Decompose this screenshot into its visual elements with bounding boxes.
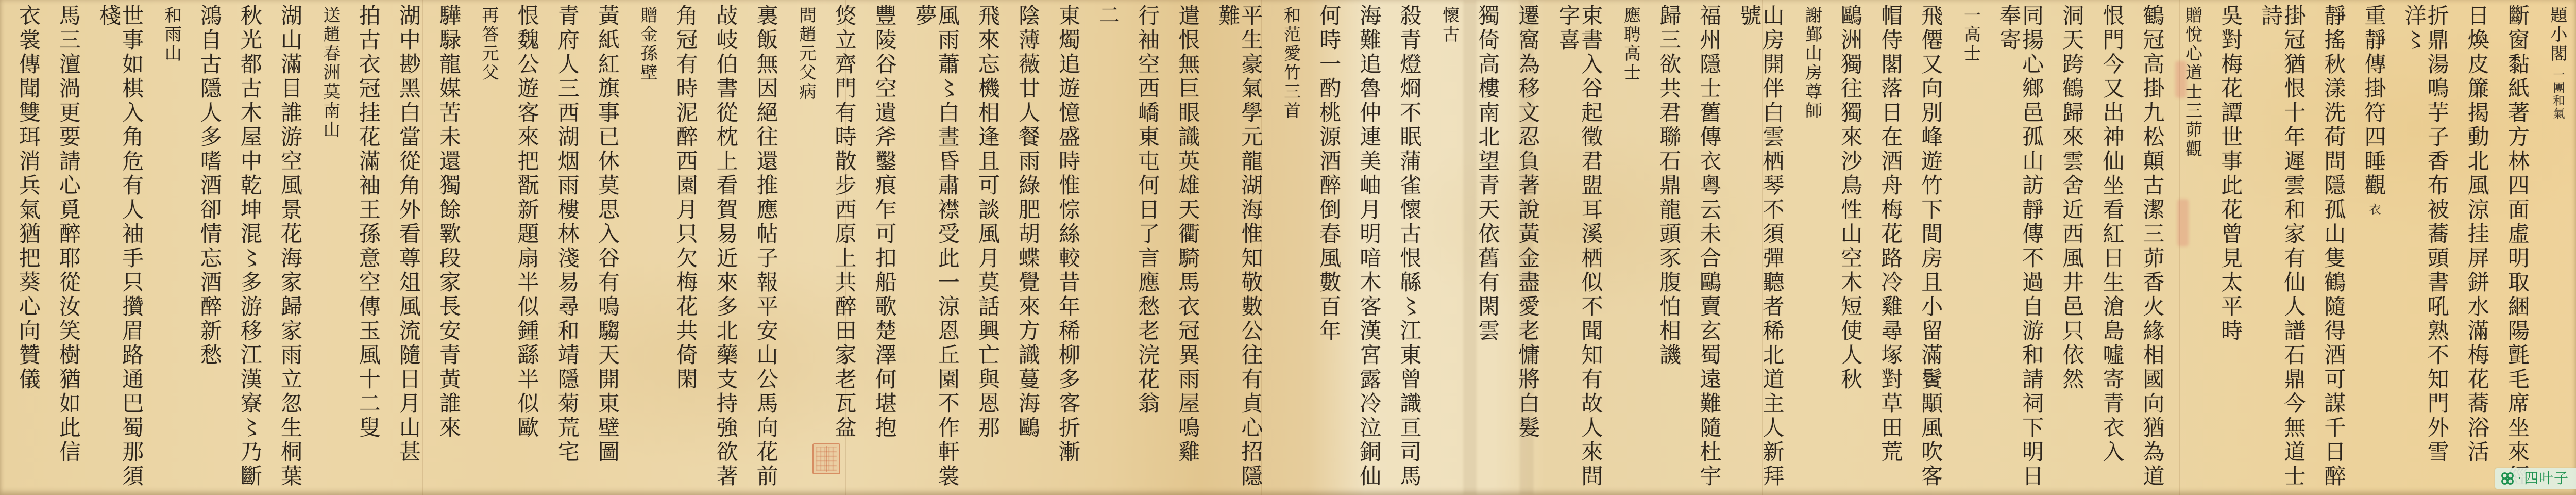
text-column: 青府人三西湖烟雨樓林淺易尋和靖隱菊荒宅 <box>556 4 579 495</box>
column-annotation: 衣 <box>2367 203 2381 216</box>
poem-title-column: 和范愛竹三首 <box>1282 4 1300 495</box>
text-column: 鴻自古隱人多嗜酒卻情忘酒醉新愁 <box>198 4 221 495</box>
text-column: 行袖空西嶠東屯何日了言應愁老浣花翁 <box>1136 4 1159 495</box>
poem-title-column: 謝鄞山房尊師 <box>1803 4 1821 495</box>
text-column: 馬三澶渦更要請心覓醉耶從汝笑樹猶如此信 <box>57 4 80 495</box>
text-column: 湖山滿目誰游空風景花海家歸家雨立忽生桐葉 <box>279 4 301 495</box>
text-column: 焂立齊門有時散步西原上共醉田家老瓦盆 <box>833 4 855 495</box>
poem-title-column: 問趙元父病 <box>798 4 816 495</box>
text-column: 遷窩為移文忍負著說黃金盡愛老慵將白髮 <box>1516 4 1539 495</box>
text-column: 何時一酌桃源酒醉倒春風數百年 <box>1317 4 1340 495</box>
text-column: 角冠有時泥醉西園月只欠梅花共倚閑 <box>674 4 697 495</box>
text-column: 同揚心鄉邑孤山訪靜傳不過自游和請祠下明日奉寄 <box>1997 4 2043 495</box>
watermark-separator: · <box>2517 472 2521 485</box>
text-column: 恨門今又出神仙坐看紅日生滄島噓寄青衣入 <box>2100 4 2123 495</box>
text-column: 重靜傳掛符四睡觀衣 <box>2362 4 2385 495</box>
text-column: 福州隱士舊傳衣粵云未合鷗賣玄蜀遠難隨杜宇 <box>1698 4 1720 495</box>
text-column: 恨魏公遊客來把翫新題扇半似鍾繇半似歐 <box>516 4 538 495</box>
text-column: 殺青燈烱不眠蒲雀懷古恨緜〻江東曾識亘司馬 <box>1398 4 1420 495</box>
text-column: 束書入谷起徵君盟耳溪栖似不聞知有故人來問字喜 <box>1556 4 1602 495</box>
columns: 莆薑無益郵鈴帶箭髮紛〻何日山深耳不聞遷客無鄉衅禍飢氏失業半充軍馬歸閒閣問口曾鳴陣… <box>12 0 2576 495</box>
text-column: 掛冠猶恨十年遲雲和家有仙人譜石鼎今無道士詩 <box>2259 4 2304 495</box>
text-column: 鶴冠高掛九松顛古潔三茆香火緣相國向猶為道 <box>2141 4 2163 495</box>
text-column: 帽侍閣落日在酒舟梅花路冷雞尋塚對草田荒 <box>1879 4 1902 495</box>
text-column: 秋光都古木屋中乾坤混〻多游移江漢寮〻乃斷 <box>239 4 261 495</box>
poem-title-column: 再答元父 <box>480 4 498 495</box>
text-column: 靜搖秋漾洗荷問隱孤山隻鶴隨得酒可謀千日醉 <box>2322 4 2345 495</box>
text-column: 日煥皮簾揭動北風涼挂屏鉼水滿梅花蕎浴活 <box>2466 4 2488 495</box>
text-column: 世事如棋入角危有人袖手只攢眉路通巴蜀那須棧 <box>97 4 143 495</box>
text-column: 黃紙紅旗事已休莫思入谷有鳴騶天開東壁圖 <box>596 4 619 495</box>
red-collector-seal <box>812 443 840 474</box>
text-column: 吳對梅花譚世事此花曾見太平時 <box>2219 4 2242 495</box>
text-column: 獨倚高樓南北望青天依舊有閑雲 <box>1476 4 1499 495</box>
text-column: 平生豪氣學元龍湖海惟知敬數公往有貞心招隱難 <box>1216 4 1262 495</box>
poem-title-column: 送趙春洲莫南山 <box>321 4 340 495</box>
poem-title-column: 一高士 <box>1962 4 1980 495</box>
text-column: 山房開伴白雲栖琴不須彈聽者稀北道主人新拜號 <box>1738 4 1783 495</box>
poem-title-column: 應聘高士 <box>1622 4 1640 495</box>
text-column: 斷窗黏紙著方林四面虛明取綑陽氈毛席坐來經 <box>2506 4 2529 495</box>
watermark-badge: · 四叶子 <box>2495 468 2576 489</box>
text-column: 驊騄龍媒苦未還獨餘歝段家長安青黃誰來 <box>437 4 460 495</box>
calligraphy-scroll: 莆薑無益郵鈴帶箭髮紛〻何日山深耳不聞遷客無鄉衅禍飢氏失業半充軍馬歸閒閣問口曾鳴陣… <box>0 0 2576 495</box>
text-column: 飛來忘機相逢且可談風月莫話興亡與恩那 <box>976 4 999 495</box>
faded-seal-mark <box>2177 199 2189 246</box>
text-column: 折鼎湯鳴芋子香布被蕎頭書吼熟不知門外雪洋〻 <box>2403 4 2448 495</box>
text-column: 飛僊又向別峰遊竹下間房且小留滿鬢顒風吹客 <box>1919 4 1942 495</box>
text-column: 洞天跨鶴歸來雲舍近西風井邑只依然 <box>2060 4 2083 495</box>
faded-seal-mark <box>2175 61 2187 98</box>
text-column: 海難追魯仲連美岫月明喑木客漢宮露冷泣銅仙 <box>1358 4 1380 495</box>
column-annotation: 一團和氣 <box>2551 69 2565 120</box>
text-column: 二 <box>1097 4 1118 495</box>
text-column: 風雨蕭〻白晝昏肅襟受此一涼恩丘園不作軒裳夢 <box>913 4 959 495</box>
text-column: 豐陵谷空遺斧鑿痕乍可扣船歌楚澤何堪抱 <box>873 4 895 495</box>
text-column: 歸三欲共君聯石鼎龍頭豕腹怕相譏 <box>1657 4 1680 495</box>
text-column: 東燭追遊憶盛時惟悰絲較昔年稀柳多客折漸 <box>1057 4 1079 495</box>
poem-title-column: 題小閣一團和氣 <box>2549 4 2567 495</box>
text-column: 陰薄薇廿人餐雨綠肥胡蝶覺來方識蔓海鷗 <box>1016 4 1039 495</box>
poem-title-column: 和雨山 <box>163 4 181 495</box>
text-column: 鷗洲獨往獨來沙鳥性山空木短使人秋 <box>1839 4 1861 495</box>
poem-title-column: 懷古 <box>1440 4 1459 495</box>
poem-title-column: 贈金孫壁 <box>639 4 657 495</box>
text-column: 湖中尠黑白當從角外看尊俎風流隨日月山甚 <box>397 4 420 495</box>
text-column: 裏飯無因絕往還推應帖子報平安山公馬向花前 <box>755 4 777 495</box>
text-column: 衣裳傳聞雙珥消兵氣猶把葵心向贊儀 <box>17 4 40 495</box>
four-leaf-clover-icon <box>2500 471 2515 486</box>
text-column: 拍古衣冠挂花滿袖王孫意空傳玉風十二叟 <box>357 4 380 495</box>
watermark-text: 四叶子 <box>2524 471 2569 486</box>
text-column: 遣恨無巨眼識英雄天衢騎馬衣冠異雨屋鳴雞 <box>1176 4 1199 495</box>
text-column: 敁岐伯書從枕上看賀易近來多北藥支持強欲著 <box>715 4 737 495</box>
